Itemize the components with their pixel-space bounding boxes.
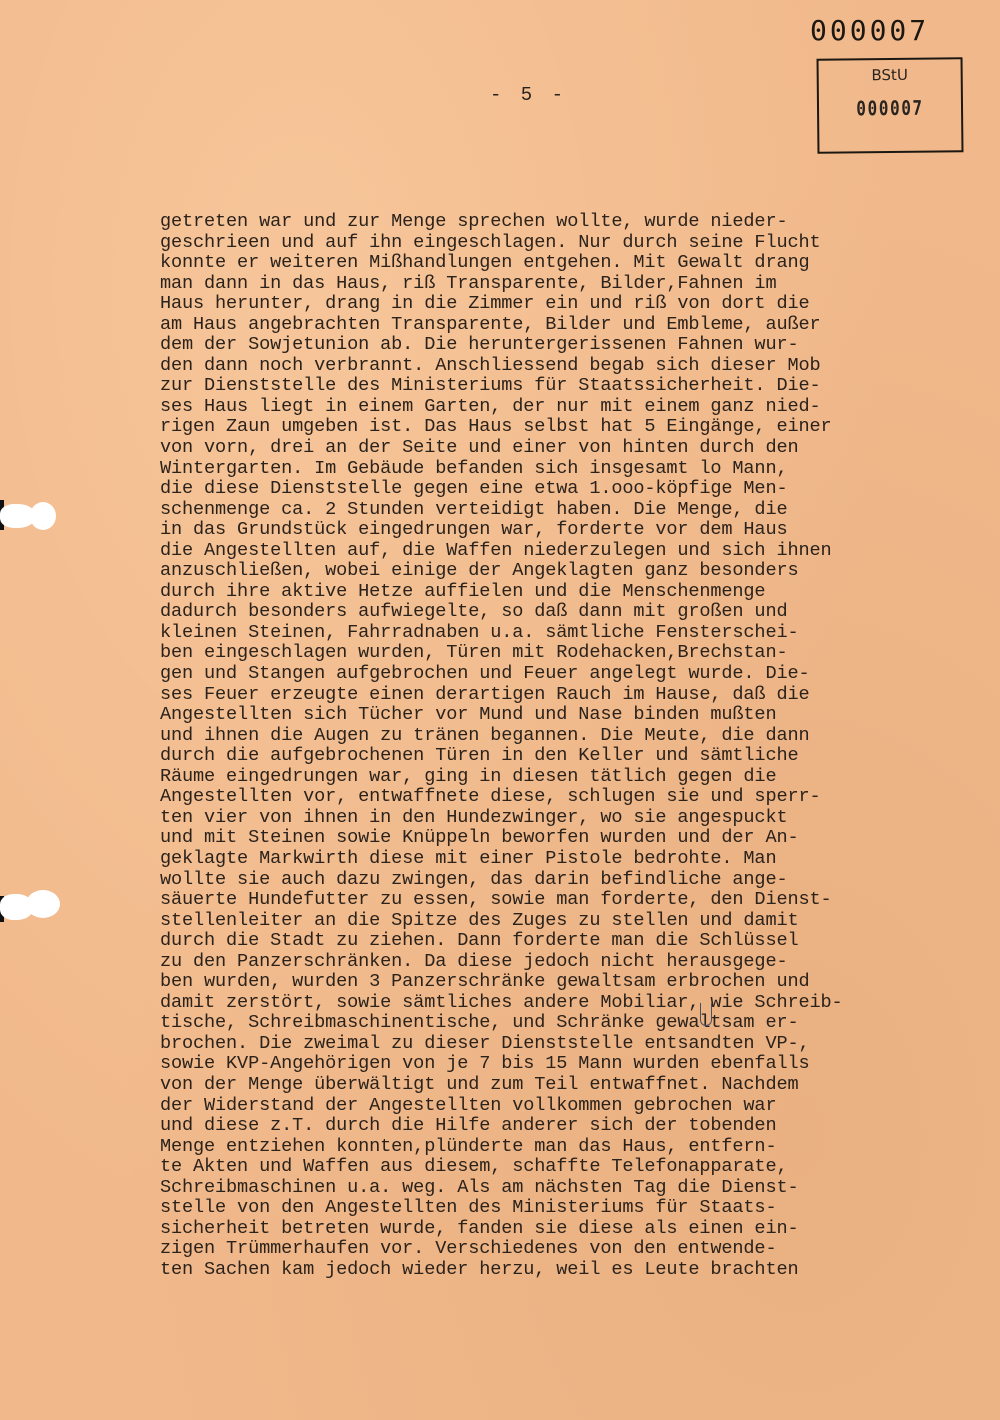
text-line: durch die Stadt zu ziehen. Dann forderte… (160, 931, 960, 952)
text-line: Menge entziehen konnten,plünderte man da… (160, 1137, 960, 1158)
text-line: Wintergarten. Im Gebäude befanden sich i… (160, 459, 960, 480)
text-line: zigen Trümmerhaufen vor. Verschiedenes v… (160, 1239, 960, 1260)
text-line: von vorn, drei an der Seite und einer vo… (160, 438, 960, 459)
text-line: wollte sie auch dazu zwingen, das darin … (160, 870, 960, 891)
text-line: dadurch besonders aufwiegelte, so daß da… (160, 602, 960, 623)
text-line: ses Haus liegt in einem Garten, der nur … (160, 397, 960, 418)
text-line: und ihnen die Augen zu tränen begannen. … (160, 726, 960, 747)
text-line: man dann in das Haus, riß Transparente, … (160, 274, 960, 295)
text-line: durch ihre aktive Hetze auffielen und di… (160, 582, 960, 603)
punch-hole (26, 890, 60, 918)
text-line: die Angestellten auf, die Waffen niederz… (160, 541, 960, 562)
text-line: der Widerstand der Angestellten vollkomm… (160, 1096, 960, 1117)
punch-hole (30, 502, 56, 530)
text-line: dem der Sowjetunion ab. Die heruntergeri… (160, 335, 960, 356)
scanned-page: 000007 BStU 000007 - 5 - getreten war un… (0, 0, 1000, 1420)
text-line: zu den Panzerschränken. Da diese jedoch … (160, 952, 960, 973)
text-line: Haus herunter, drang in die Zimmer ein u… (160, 294, 960, 315)
text-line: ben eingeschlagen wurden, Türen mit Rode… (160, 643, 960, 664)
text-line: in das Grundstück eingedrungen war, ford… (160, 520, 960, 541)
page-number: - 5 - (490, 84, 567, 106)
text-line: ses Feuer erzeugte einen derartigen Rauc… (160, 685, 960, 706)
text-line: geschrieen und auf ihn eingeschlagen. Nu… (160, 233, 960, 254)
text-line: damit zerstört, sowie sämtliches andere … (160, 993, 960, 1014)
text-line: Angestellten vor, entwaffnete diese, sch… (160, 787, 960, 808)
text-line: tische, Schreibmaschinentische, und Schr… (160, 1013, 960, 1034)
text-line: brochen. Die zweimal zu dieser Dienstste… (160, 1034, 960, 1055)
text-line: konnte er weiteren Mißhandlungen entgehe… (160, 253, 960, 274)
text-line: sowie KVP-Angehörigen von je 7 bis 15 Ma… (160, 1054, 960, 1075)
text-line: stellenleiter an die Spitze des Zuges zu… (160, 911, 960, 932)
typewritten-body: getreten war und zur Menge sprechen woll… (160, 212, 960, 1280)
text-line: gen und Stangen aufgebrochen und Feuer a… (160, 664, 960, 685)
text-line: von der Menge überwältigt und zum Teil e… (160, 1075, 960, 1096)
text-line: anzuschließen, wobei einige der Angeklag… (160, 561, 960, 582)
text-line: und mit Steinen sowie Knüppeln beworfen … (160, 828, 960, 849)
text-line: kleinen Steinen, Fahrradnaben u.a. sämtl… (160, 623, 960, 644)
text-line: ten Sachen kam jedoch wieder herzu, weil… (160, 1260, 960, 1281)
text-line: Angestellten sich Tücher vor Mund und Na… (160, 705, 960, 726)
stamp-number: 000007 (833, 95, 947, 120)
text-line: Räume eingedrungen war, ging in diesen t… (160, 767, 960, 788)
text-line: den dann noch verbrannt. Anschliessend b… (160, 356, 960, 377)
text-line: die diese Dienststelle gegen eine etwa 1… (160, 479, 960, 500)
stamp-label: BStU (819, 65, 961, 84)
text-line: ten vier von ihnen in den Hundezwinger, … (160, 808, 960, 829)
text-line: am Haus angebrachten Transparente, Bilde… (160, 315, 960, 336)
archive-number: 000007 (810, 14, 929, 47)
handwritten-pen-mark (700, 1003, 712, 1026)
text-line: te Akten und Waffen aus diesem, schaffte… (160, 1157, 960, 1178)
text-line: getreten war und zur Menge sprechen woll… (160, 212, 960, 233)
text-line: ben wurden, wurden 3 Panzerschränke gewa… (160, 972, 960, 993)
text-line: geklagte Markwirth diese mit einer Pisto… (160, 849, 960, 870)
text-line: schenmenge ca. 2 Stunden verteidigt habe… (160, 500, 960, 521)
bstu-stamp: BStU 000007 (817, 57, 964, 154)
text-line: sicherheit betreten wurde, fanden sie di… (160, 1219, 960, 1240)
text-line: säuerte Hundefutter zu essen, sowie man … (160, 890, 960, 911)
text-line: rigen Zaun umgeben ist. Das Haus selbst … (160, 417, 960, 438)
text-line: stelle von den Angestellten des Minister… (160, 1198, 960, 1219)
text-line: und diese z.T. durch die Hilfe anderer s… (160, 1116, 960, 1137)
text-line: durch die aufgebrochenen Türen in den Ke… (160, 746, 960, 767)
text-line: Schreibmaschinen u.a. weg. Als am nächst… (160, 1178, 960, 1199)
text-line: zur Dienststelle des Ministeriums für St… (160, 376, 960, 397)
